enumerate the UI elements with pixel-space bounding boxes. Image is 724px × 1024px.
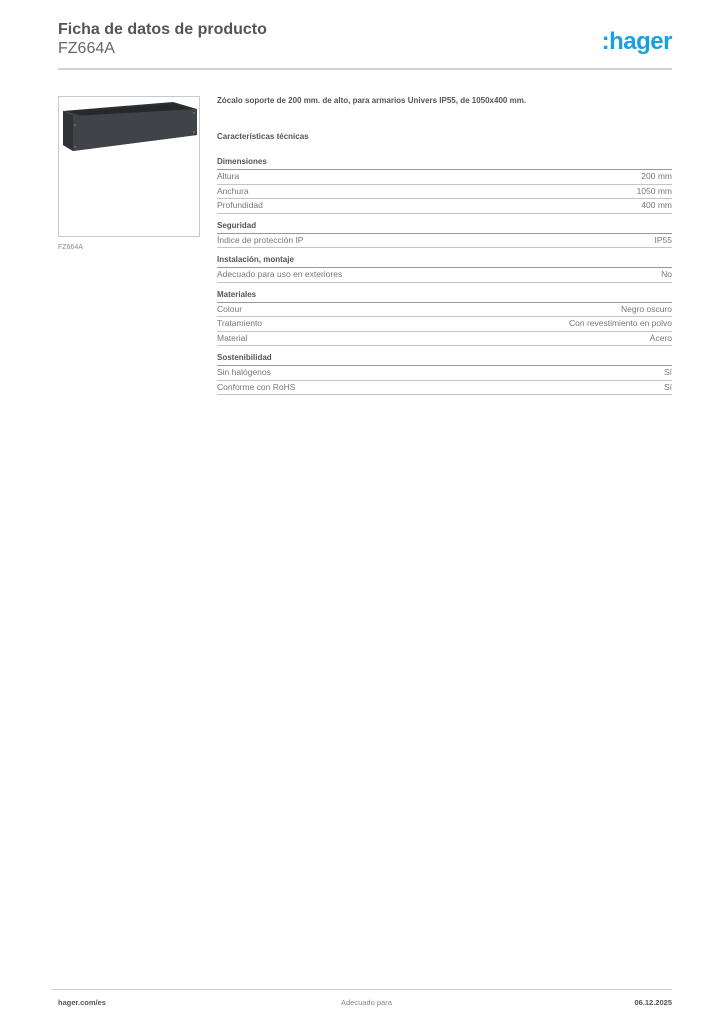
spec-row: Altura200 mm (217, 170, 672, 185)
page-title: Ficha de datos de producto (58, 20, 672, 40)
spec-value: Sí (664, 381, 672, 395)
spec-label: Adecuado para uso en exteriores (217, 268, 342, 282)
section-title: Dimensiones (217, 156, 672, 170)
spec-row: MaterialAcero (217, 332, 672, 347)
spec-row: ColourNegro oscuro (217, 303, 672, 318)
footer-date: 06.12.2025 (634, 998, 672, 1007)
spec-label: Anchura (217, 185, 249, 199)
spec-row: Anchura1050 mm (217, 185, 672, 200)
spec-label: Conforme con RoHS (217, 381, 295, 395)
footer-divider (52, 989, 672, 990)
page-header: Ficha de datos de producto FZ664A :hager (58, 20, 672, 70)
product-details: Zócalo soporte de 200 mm. de alto, para … (217, 95, 672, 401)
spec-value: IP55 (655, 234, 673, 248)
spec-value: Negro oscuro (621, 303, 672, 317)
spec-label: Sin halógenos (217, 366, 271, 380)
spec-value: Acero (650, 332, 672, 346)
spec-value: No (661, 268, 672, 282)
spec-section: SostenibilidadSin halógenosSíConforme co… (217, 352, 672, 395)
footer-center-text: Adecuado para (341, 998, 392, 1007)
spec-row: Índice de protección IPIP55 (217, 234, 672, 249)
section-title: Materiales (217, 289, 672, 303)
product-code: FZ664A (58, 40, 672, 58)
section-title: Instalación, montaje (217, 254, 672, 268)
spec-row: TratamientoCon revestimiento en polvo (217, 317, 672, 332)
spec-value: 1050 mm (637, 185, 672, 199)
spec-label: Altura (217, 170, 239, 184)
spec-label: Colour (217, 303, 242, 317)
spec-label: Índice de protección IP (217, 234, 303, 248)
spec-row: Profundidad400 mm (217, 199, 672, 214)
spec-section: Instalación, montajeAdecuado para uso en… (217, 254, 672, 283)
section-title: Sostenibilidad (217, 352, 672, 366)
spec-label: Tratamiento (217, 317, 262, 331)
spec-label: Material (217, 332, 247, 346)
product-image-frame (58, 96, 200, 237)
spec-row: Sin halógenosSí (217, 366, 672, 381)
spec-row: Conforme con RoHSSí (217, 381, 672, 396)
spec-section: MaterialesColourNegro oscuroTratamientoC… (217, 289, 672, 347)
header-divider (58, 68, 672, 70)
spec-section: SeguridadÍndice de protección IPIP55 (217, 220, 672, 249)
image-caption: FZ664A (58, 244, 83, 251)
spec-sections: DimensionesAltura200 mmAnchura1050 mmPro… (217, 156, 672, 395)
spec-value: 200 mm (641, 170, 672, 184)
hager-logo: :hager (602, 28, 672, 56)
spec-section: DimensionesAltura200 mmAnchura1050 mmPro… (217, 156, 672, 214)
spec-value: 400 mm (641, 199, 672, 213)
spec-value: Sí (664, 366, 672, 380)
footer-website-link[interactable]: hager.com/es (58, 998, 106, 1007)
spec-row: Adecuado para uso en exterioresNo (217, 268, 672, 283)
product-description: Zócalo soporte de 200 mm. de alto, para … (217, 95, 672, 107)
product-image (61, 99, 199, 155)
section-title: Seguridad (217, 220, 672, 234)
tech-heading: Características técnicas (217, 131, 672, 143)
spec-value: Con revestimiento en polvo (569, 317, 672, 331)
spec-label: Profundidad (217, 199, 263, 213)
